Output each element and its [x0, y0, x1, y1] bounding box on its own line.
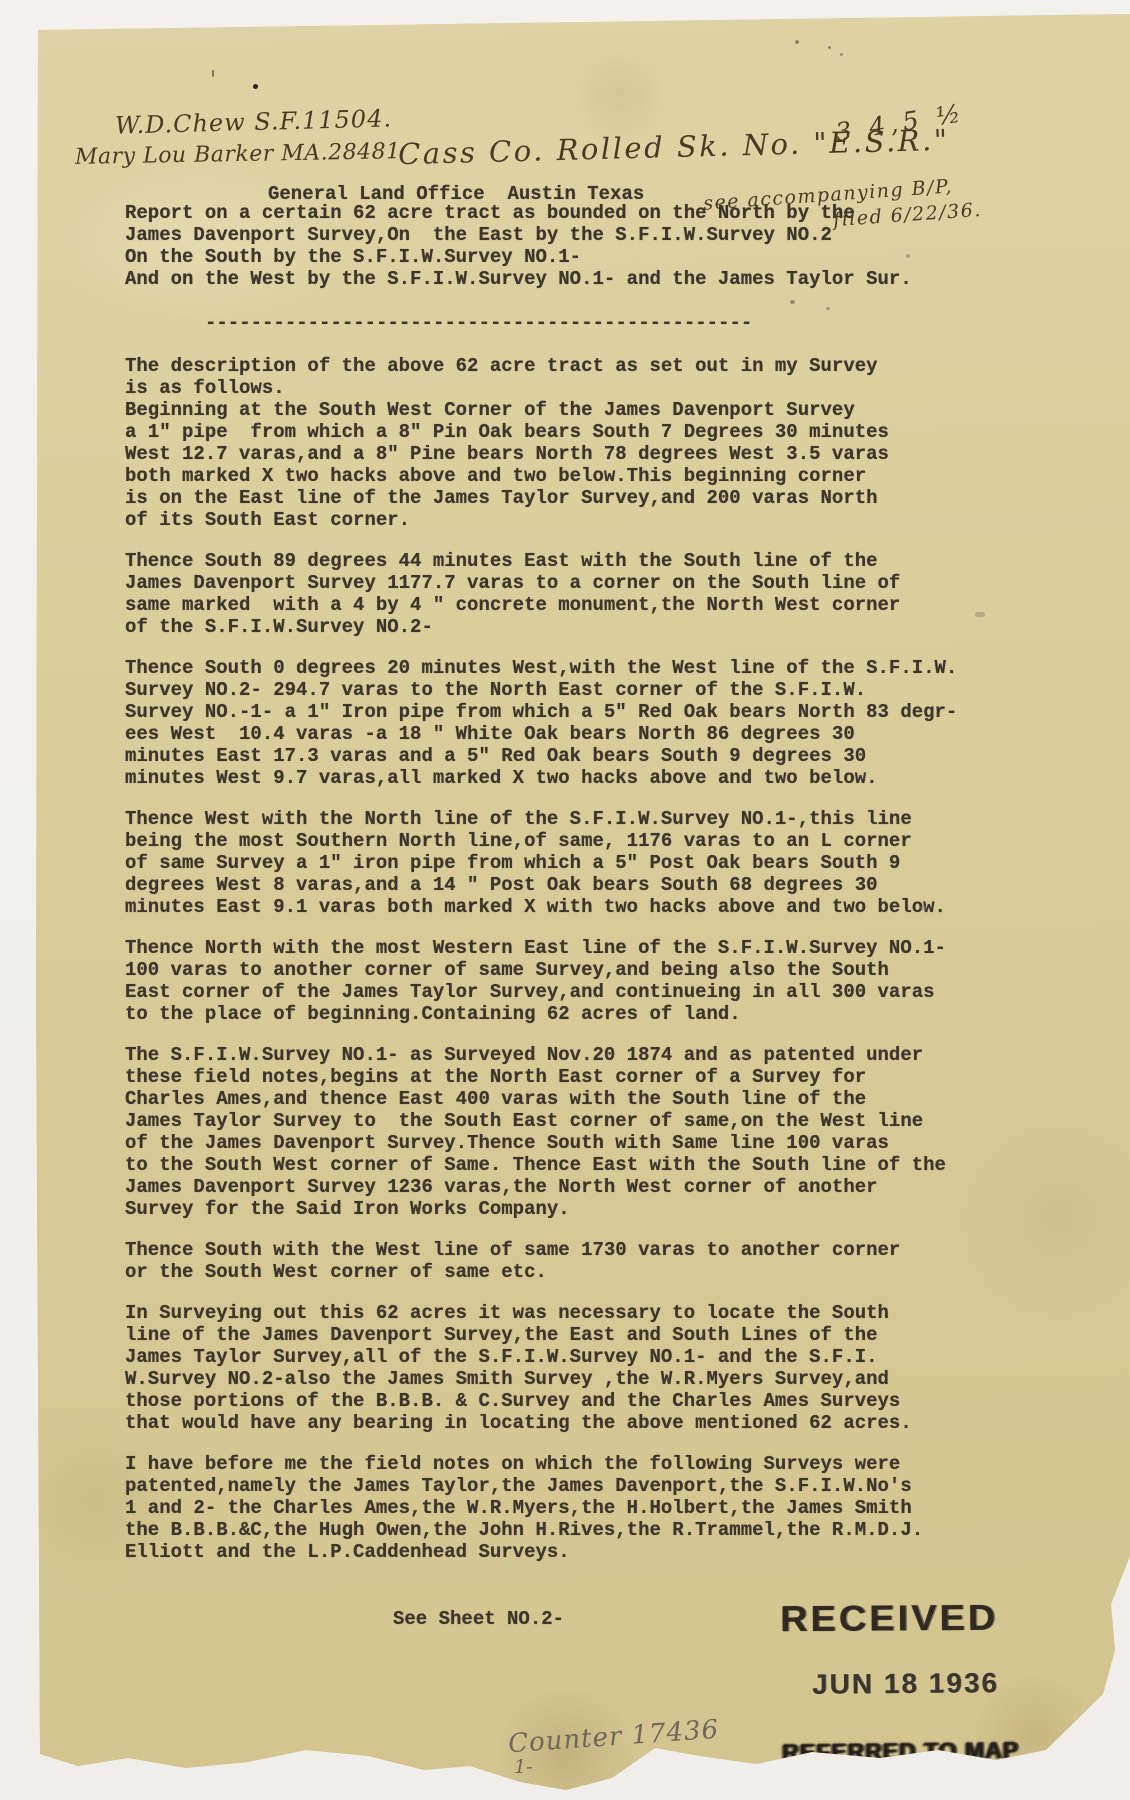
document-paper: W.D.Chew S.F.11504. Mary Lou Barker MA.2…: [0, 0, 1130, 1800]
paragraph-thence-west: Thence West with the North line of the S…: [125, 808, 1025, 918]
handwritten-name-wd-chew: W.D.Chew S.F.11504.: [115, 104, 393, 139]
report-intro: Report on a certain 62 acre tract as bou…: [125, 202, 912, 290]
ink-smudge: [975, 612, 985, 617]
paragraph-thence-south-west-line: Thence South with the West line of same …: [125, 1239, 1025, 1283]
ink-smudge: [920, 906, 927, 910]
received-date-stamp: JUN 18 1936: [812, 1667, 999, 1701]
paragraph-field-notes-list: I have before me the field notes on whic…: [125, 1453, 1025, 1563]
paragraph-thence-south-0: Thence South 0 degrees 20 minutes West,w…: [125, 657, 1025, 789]
pencil-counter-sub-note: 1-: [514, 1756, 533, 1778]
report-body: The description of the above 62 acre tra…: [125, 355, 1025, 1582]
paragraph-thence-south-89: Thence South 89 degrees 44 minutes East …: [125, 550, 1025, 638]
ink-speck: [828, 46, 831, 49]
referred-to-map-stamp: REFERRED TO MAP: [782, 1737, 1019, 1766]
ink-speck: [212, 70, 214, 77]
ink-speck: [826, 307, 830, 310]
see-sheet-note: See Sheet NO.2-: [393, 1608, 564, 1630]
ink-speck: [790, 300, 795, 304]
paragraph-description-beginning: The description of the above 62 acre tra…: [125, 355, 1025, 531]
ink-speck: [840, 53, 843, 56]
dashed-divider: ----------------------------------------…: [205, 312, 752, 334]
ink-speck: [795, 40, 799, 44]
paragraph-in-surveying-out: In Surveying out this 62 acres it was ne…: [125, 1302, 1025, 1434]
received-stamp: RECEIVED: [780, 1598, 999, 1640]
handwritten-name-mary-lou-barker: Mary Lou Barker MA.28481: [75, 139, 401, 170]
pencil-counter-note: Counter 17436: [507, 1715, 720, 1760]
ink-speck: [906, 254, 910, 258]
paragraph-sfiw-survey-no1: The S.F.I.W.Survey NO.1- as Surveyed Nov…: [125, 1044, 1025, 1220]
ink-speck: [253, 84, 258, 89]
paragraph-thence-north: Thence North with the most Western East …: [125, 937, 1025, 1025]
